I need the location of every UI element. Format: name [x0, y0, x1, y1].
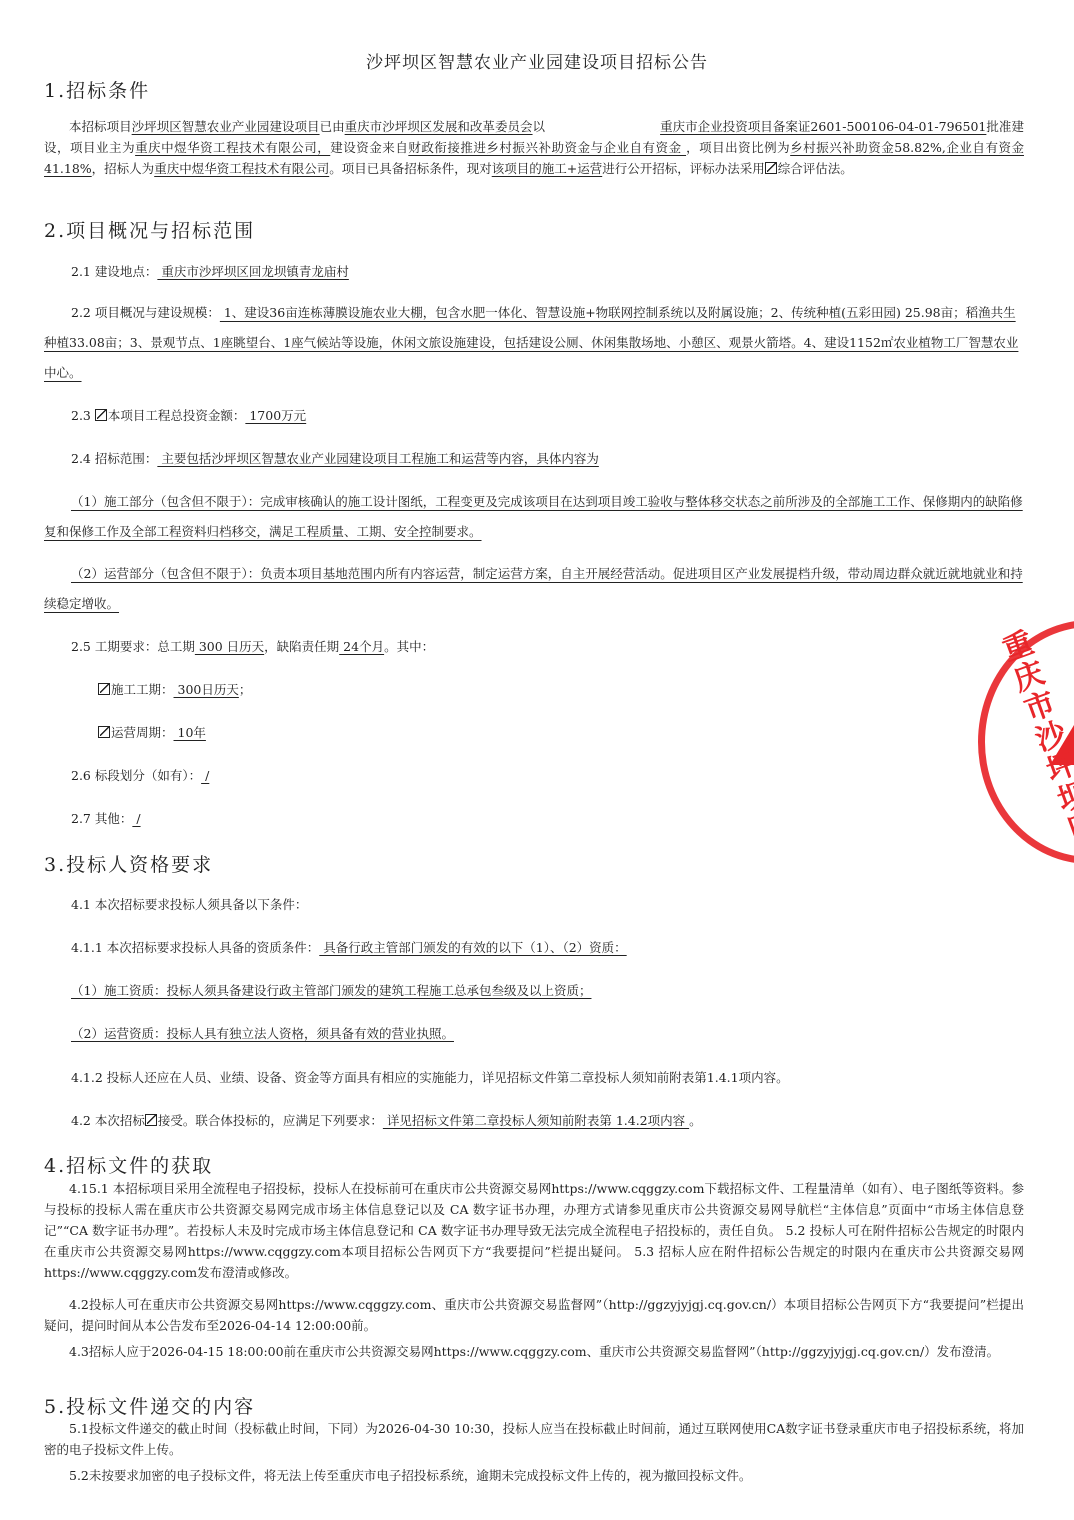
section-4-paragraph-2: 4.2投标人可在重庆市公共资源交易网https://www.cqggzy.com…	[44, 1294, 1024, 1336]
owner: 重庆中煜华资工程技术有限公司，	[135, 140, 330, 155]
tenderer: 重庆中煜华资工程技术有限公司	[154, 161, 329, 176]
qualification-operation: （2）运营资质：投标人具有独立法人资格，须具备有效的营业执照。	[71, 1024, 454, 1042]
item-4-1: 4.1 本次招标要求投标人须具备以下条件：	[71, 895, 307, 913]
checkbox-checked-icon[interactable]	[765, 162, 777, 174]
defect-period: 24个月	[339, 639, 384, 654]
project-name: 沙坪坝区智慧农业产业园建设项目	[132, 119, 320, 134]
scope-short: 该项目的施工+运营	[492, 161, 602, 176]
section-4-paragraph-3: 4.3招标人应于2026-04-15 18:00:00前在重庆市公共资源交易网h…	[44, 1341, 1024, 1362]
item-2-6: 2.6 标段划分（如有）： /	[71, 766, 209, 784]
checkbox-checked-icon[interactable]	[98, 726, 110, 738]
qualification-construction: （1）施工资质：投标人须具备建设行政主管部门颁发的建筑工程施工总承包叁级及以上资…	[71, 981, 591, 999]
operation-period-value: 10年	[174, 725, 206, 740]
item-4-1-2: 4.1.2 投标人还应在人员、业绩、设备、资金等方面具有相应的实施能力，详见招标…	[71, 1068, 789, 1086]
document-page: 沙坪坝区智慧农业产业园建设项目招标公告 1.招标条件 本招标项目沙坪坝区智慧农业…	[0, 0, 1074, 1520]
total-investment: 1700万元	[245, 408, 306, 423]
item-2-2: 2.2 项目概况与建设规模： 1、建设36亩连栋薄膜设施农业大棚，包含水肥一体化…	[44, 298, 1024, 388]
approver: 重庆市沙坪坝区发展和改革委员会	[345, 119, 533, 134]
fund-source: 财政衔接推进乡村振兴补助资金与企业自有资金	[408, 140, 686, 155]
section-5-paragraph-1: 5.1投标文件递交的截止时间（投标截止时间，下同）为2026-04-30 10:…	[44, 1418, 1024, 1460]
approval-doc: 重庆市企业投资项目备案证2601-500106-04-01-796501	[545, 119, 986, 134]
item-2-7: 2.7 其他： /	[71, 809, 141, 827]
section-3-heading: 3.投标人资格要求	[44, 850, 213, 877]
scope-construction-part: （1）施工部分（包含但不限于）：完成审核确认的施工设计图纸，工程变更及完成该项目…	[44, 487, 1024, 547]
section-1-paragraph: 本招标项目沙坪坝区智慧农业产业园建设项目已由重庆市沙坪坝区发展和改革委员会以重庆…	[44, 116, 1024, 179]
qualification-conditions: 具备行政主管部门颁发的有效的以下（1）、（2）资质：	[319, 940, 626, 955]
item-4-2: 4.2 本次招标接受。联合体投标的，应满足下列要求： 详见招标文件第二章投标人须…	[71, 1111, 702, 1129]
section-2-heading: 2.项目概况与招标范围	[44, 216, 255, 243]
lot-division: /	[201, 768, 209, 783]
section-4-heading: 4.招标文件的获取	[44, 1151, 213, 1178]
section-5-paragraph-2: 5.2未按要求加密的电子投标文件，将无法上传至重庆市电子招投标系统，逾期未完成投…	[44, 1465, 1024, 1486]
checkbox-checked-icon[interactable]	[145, 1114, 157, 1126]
item-2-3: 2.3 本项目工程总投资金额： 1700万元	[71, 406, 306, 424]
checkbox-checked-icon[interactable]	[98, 683, 110, 695]
operation-period: 运营周期： 10年	[98, 723, 206, 741]
scope-operation-part: （2）运营部分（包含但不限于）：负责本项目基地范围内所有内容运营，制定运营方案，…	[44, 559, 1024, 619]
checkbox-checked-icon[interactable]	[95, 409, 107, 421]
item-2-5: 2.5 工期要求：总工期 300 日历天，缺陷责任期 24个月。其中：	[71, 637, 434, 655]
item-4-1-1: 4.1.1 本次招标要求投标人具备的资质条件： 具备行政主管部门颁发的有效的以下…	[71, 938, 627, 956]
construction-period-value: 300日历天	[174, 682, 239, 697]
construction-site: 重庆市沙坪坝区回龙坝镇青龙庙村	[157, 264, 348, 279]
section-1-heading: 1.招标条件	[44, 76, 150, 103]
item-2-4: 2.4 招标范围： 主要包括沙坪坝区智慧农业产业园建设项目工程施工和运营等内容，…	[71, 449, 599, 467]
section-5-heading: 5.投标文件递交的内容	[44, 1392, 255, 1419]
tender-scope: 主要包括沙坪坝区智慧农业产业园建设项目工程施工和运营等内容，具体内容为	[157, 451, 598, 466]
total-duration: 300 日历天	[195, 639, 264, 654]
eval-method: 综合评估法。	[778, 161, 853, 176]
item-2-1: 2.1 建设地点： 重庆市沙坪坝区回龙坝镇青龙庙村	[71, 262, 349, 280]
consortium-requirements: 详见招标文件第二章投标人须知前附表第 1.4.2项内容	[383, 1113, 689, 1128]
section-4-paragraph-1: 4.15.1 本招标项目采用全流程电子招投标，投标人在投标前可在重庆市公共资源交…	[44, 1178, 1024, 1283]
other: /	[132, 811, 140, 826]
document-title: 沙坪坝区智慧农业产业园建设项目招标公告	[0, 48, 1074, 73]
construction-period: 施工工期： 300日历天；	[98, 680, 251, 698]
